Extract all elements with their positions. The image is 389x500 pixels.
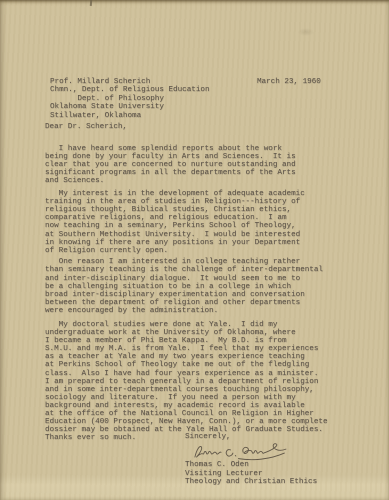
letter-paragraph-1: I have heard some splendid reports about… [45,145,328,185]
recipient-address-block: Prof. Millard Scherich Chmn., Dept. of R… [50,78,210,120]
closing-block: Sincerely, Thomas C. Oden Visiting Lectu… [185,433,317,486]
scan-artifact-mark [90,0,92,6]
closing-salutation: Sincerely, [185,433,317,441]
signer-title: Visiting Lecturer [185,470,317,478]
signer-department: Theology and Christian Ethics [185,478,317,486]
letter-date: March 23, 1960 [257,78,321,86]
scanned-letter-page: Prof. Millard Scherich Chmn., Dept. of R… [0,0,389,500]
salutation: Dear Dr. Scherich, [45,123,328,131]
letter-paragraph-3: One reason I am interested in college te… [45,258,328,315]
signer-typed-name: Thomas C. Oden [185,461,317,469]
letter-paragraph-4: My doctoral studies were done at Yale. I… [45,321,328,442]
paper-smudge [298,28,314,36]
letter-paragraph-2: My interest is in the development of ade… [45,190,328,255]
letter-body: Dear Dr. Scherich, I have heard some spl… [45,123,328,442]
handwritten-signature [177,442,311,461]
